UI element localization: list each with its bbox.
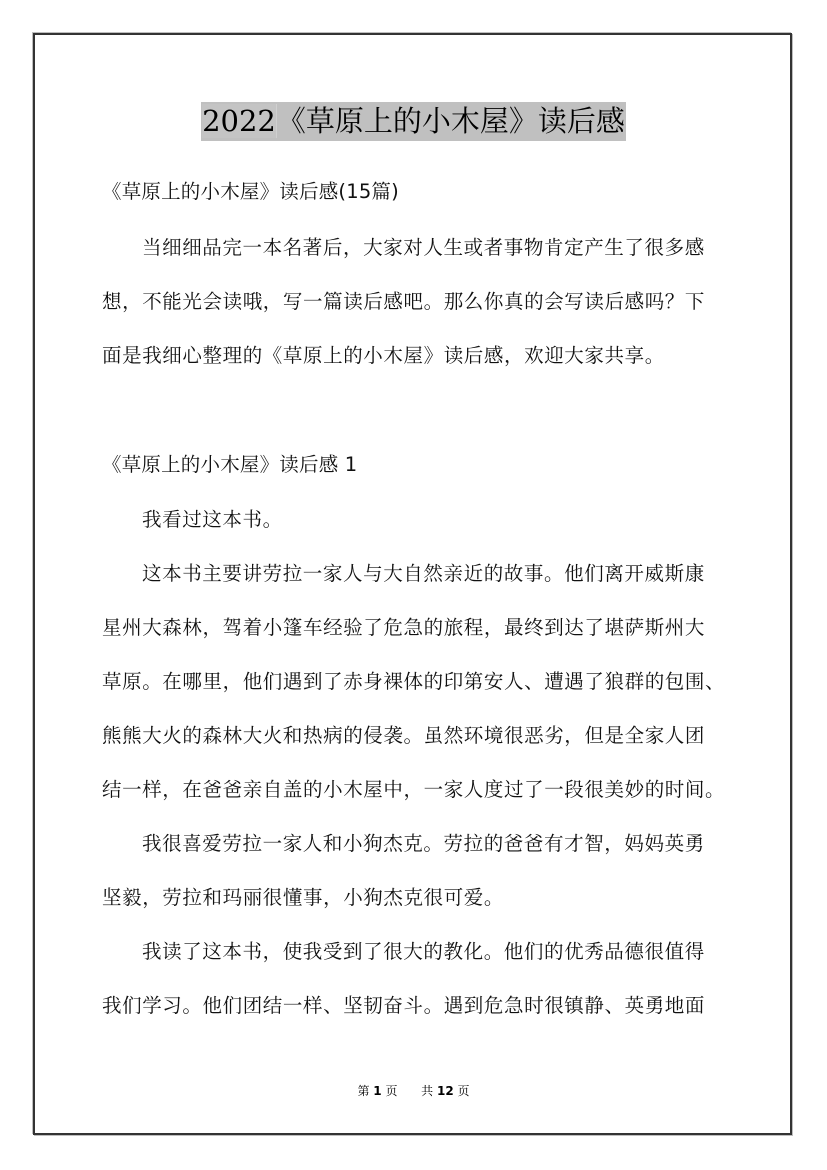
total-suffix: 页 <box>458 1084 470 1098</box>
title-year: 2022 <box>202 104 277 138</box>
paragraph-2-line-5: 结一样，在爸爸亲自盖的小木屋中，一家人度过了一段很美妙的时间。 <box>102 778 725 802</box>
total-prefix: 共 <box>421 1084 433 1098</box>
title-text: 《草原上的小木屋》读后感 <box>277 104 625 138</box>
intro-line-3: 面是我细心整理的《草原上的小木屋》读后感，欢迎大家共享。 <box>102 344 665 368</box>
paragraph-1-line-1: 我看过这本书。 <box>142 508 283 532</box>
page-total: 12 <box>437 1084 454 1098</box>
page-prefix: 第 <box>357 1084 369 1098</box>
page-suffix: 页 <box>385 1084 397 1098</box>
section-heading: 《草原上的小木屋》读后感 1 <box>102 453 357 477</box>
paragraph-2-line-3: 草原。在哪里，他们遇到了赤身裸体的印第安人、遭遇了狼群的包围、 <box>102 670 725 694</box>
page-current: 1 <box>373 1084 381 1098</box>
paragraph-2-line-1: 这本书主要讲劳拉一家人与大自然亲近的故事。他们离开威斯康 <box>142 562 705 586</box>
title-container: 2022《草原上的小木屋》读后感 <box>0 102 827 141</box>
paragraph-2-line-4: 熊熊大火的森林大火和热病的侵袭。虽然环境很恶劣，但是全家人团 <box>102 724 705 748</box>
paragraph-4-line-2: 我们学习。他们团结一样、坚韧奋斗。遇到危急时很镇静、英勇地面 <box>102 994 705 1018</box>
document-title: 2022《草原上的小木屋》读后感 <box>201 102 626 141</box>
intro-line-2: 想，不能光会读哦，写一篇读后感吧。那么你真的会写读后感吗？下 <box>102 290 705 314</box>
document-subtitle: 《草原上的小木屋》读后感(15篇) <box>102 180 399 204</box>
intro-line-1: 当细细品完一本名著后，大家对人生或者事物肯定产生了很多感 <box>142 236 705 260</box>
page-footer: 第 1 页 共 12 页 <box>0 1083 827 1099</box>
paragraph-3-line-1: 我很喜爱劳拉一家人和小狗杰克。劳拉的爸爸有才智，妈妈英勇 <box>142 832 705 856</box>
paragraph-2-line-2: 星州大森林，驾着小篷车经验了危急的旅程，最终到达了堪萨斯州大 <box>102 616 705 640</box>
paragraph-3-line-2: 坚毅，劳拉和玛丽很懂事，小狗杰克很可爱。 <box>102 886 504 910</box>
paragraph-4-line-1: 我读了这本书，使我受到了很大的教化。他们的优秀品德很值得 <box>142 940 705 964</box>
